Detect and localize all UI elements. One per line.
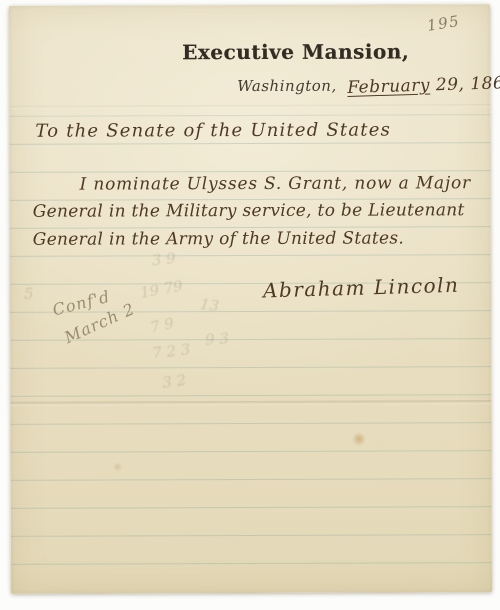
body-line: General in the Army of the United States… [33,228,404,249]
ghost-pencil-mark: 5 [24,285,34,303]
document-paper: 195 Executive Mansion, Washington, Febru… [9,4,492,594]
letterhead-place: Washington, [237,77,337,95]
handwritten-date: February 29, 1864. [347,73,500,98]
body-line: I nominate Ulysses S. Grant, now a Major [80,173,471,194]
letterhead-title: Executive Mansion, [9,39,490,65]
date-day-year: 29, 1864. [429,73,500,96]
page-number: 195 [426,12,462,35]
ghost-pencil-mark: 3 9 [151,249,177,269]
photo-background: 195 Executive Mansion, Washington, Febru… [0,0,500,610]
ghost-pencil-mark: 13 [199,295,220,315]
salutation: To the Senate of the United States [35,120,391,142]
date-month: February [347,75,430,97]
fold-crease [9,104,490,109]
body-line: General in the Military service, to be L… [33,200,465,222]
ghost-pencil-mark: 9 3 [205,329,230,349]
dateline: Washington, February 29, 1864. [237,75,500,96]
ghost-pencil-mark: 3 2 [161,371,187,392]
